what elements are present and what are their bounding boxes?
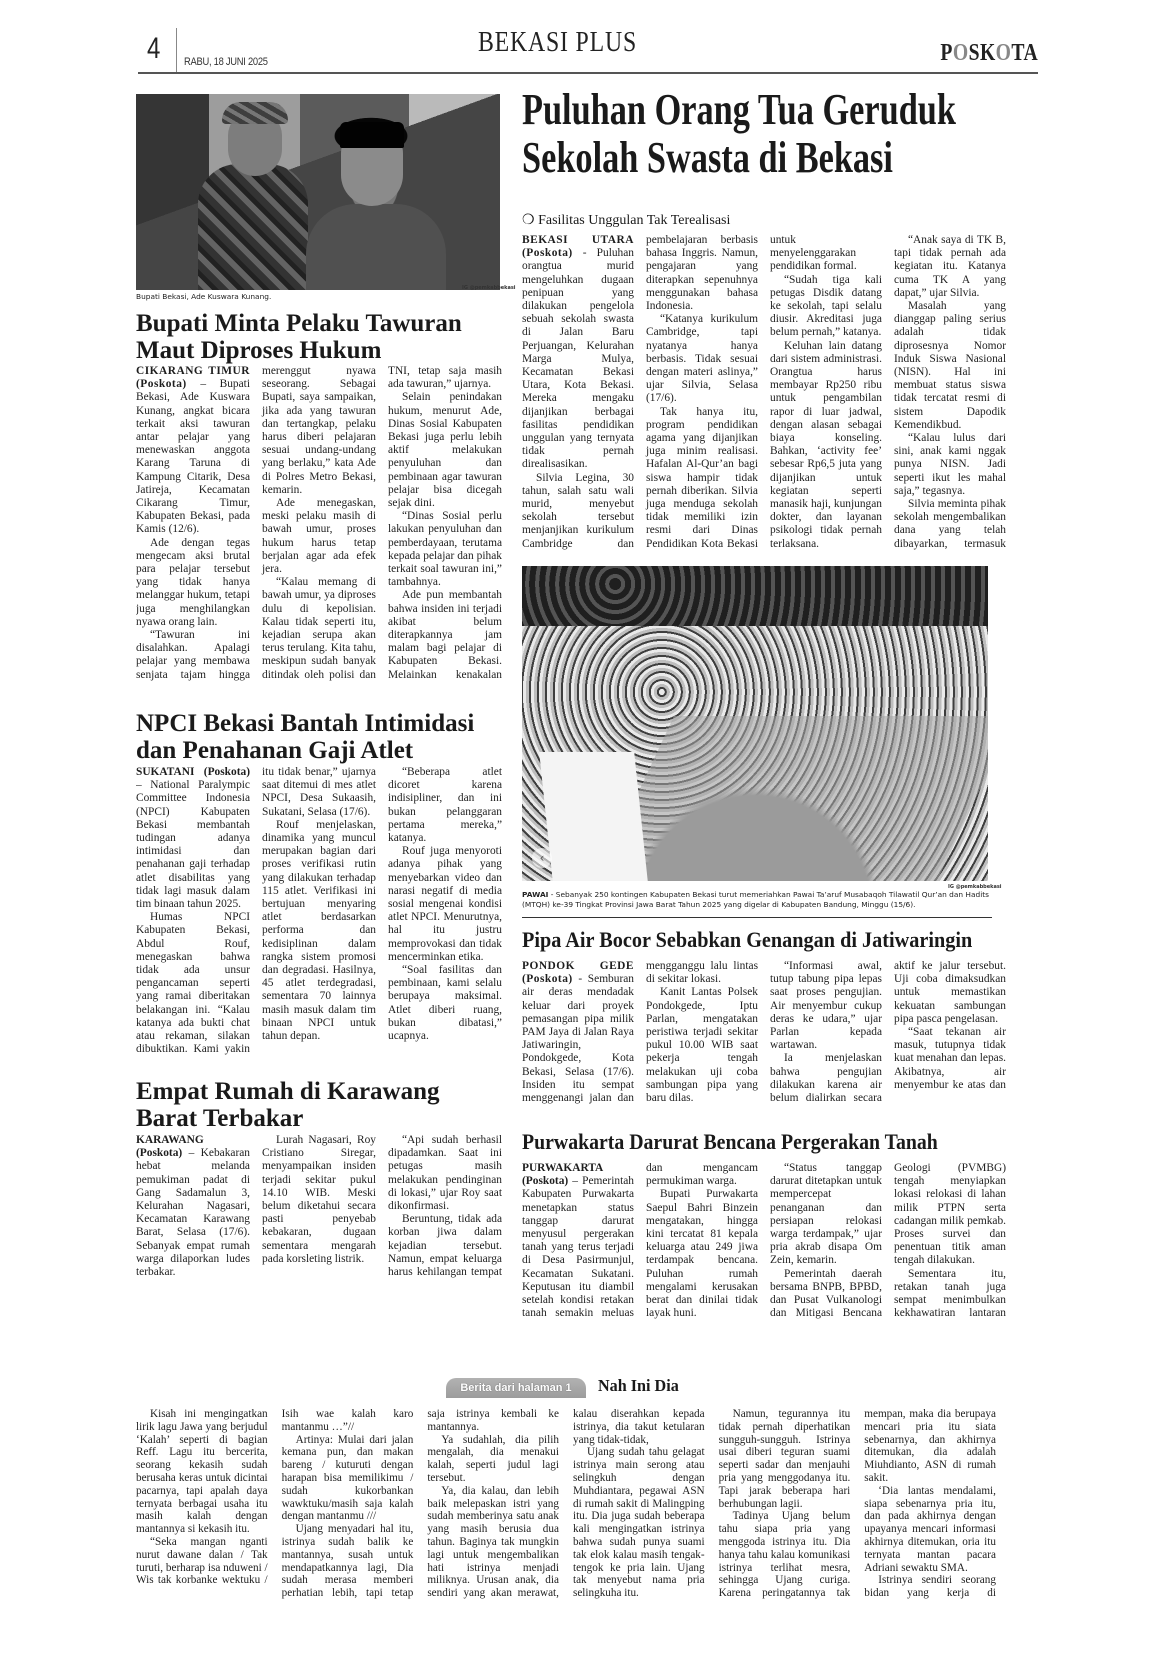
paragraph: “Soal fasilitas dan pembinaan, kami sela… xyxy=(388,964,502,1043)
chevron-left-icon[interactable]: ‹ xyxy=(532,848,552,868)
paragraph: Selain penindakan hukum, menurut Ade, Di… xyxy=(388,391,502,510)
page-number: 4 xyxy=(147,32,160,66)
paragraph: Rouf menjelaskan, dinamika yang muncul m… xyxy=(262,819,376,1043)
paragraph: Keluhan lain datang dari sistem administ… xyxy=(770,340,882,551)
brand-logo: POSKOTA xyxy=(940,40,1038,67)
photo-banner xyxy=(539,752,648,881)
lead-headline: Puluhan Orang Tua Geruduk Sekolah Swasta… xyxy=(522,86,889,182)
photo-caption: PAWAI - Sebanyak 250 kontingen Kabupaten… xyxy=(522,890,992,910)
photo-road xyxy=(590,716,988,881)
paragraph: Ade dengan tegas mengecam aksi brutal pa… xyxy=(136,537,250,629)
paragraph: Rouf juga menyoroti adanya pihak yang me… xyxy=(388,845,502,964)
section-title: BEKASI PLUS xyxy=(478,26,637,59)
pawai-photo: ‹ xyxy=(522,566,988,881)
continued-headline: Nah Ini Dia xyxy=(598,1376,679,1396)
article-body: PURWAKARTA (Poskota) – Pemerintah Kabupa… xyxy=(522,1162,1006,1326)
photo-credit: IG @pemkabbekasi xyxy=(462,285,516,291)
paragraph: “Sudah tiga kali petugas Disdik datang k… xyxy=(770,274,882,340)
bupati-photo xyxy=(136,94,500,290)
article-headline: Empat Rumah di Karawang Barat Terbakar xyxy=(136,1078,506,1132)
subheadline-text: Fasilitas Unggulan Tak Terealisasi xyxy=(538,213,730,228)
paragraph-text: – National Paralympic Committee Indonesi… xyxy=(136,779,250,910)
paragraph-text: - Puluhan orangtua murid mengeluhkan dug… xyxy=(522,247,634,470)
article-columns: PURWAKARTA (Poskota) – Pemerintah Kabupa… xyxy=(522,1162,1006,1326)
masthead-rule xyxy=(138,72,1038,74)
paragraph: BEKASI UTARA (Poskota) - Puluhan orangtu… xyxy=(522,234,634,472)
photo-figure xyxy=(306,204,446,290)
paragraph: Ujang sudah tahu gelagat istrinya main s… xyxy=(573,1446,705,1600)
paragraph: “Beberapa atlet dicoret karena indisipli… xyxy=(388,766,502,845)
brand-letter: SK xyxy=(969,40,996,66)
article-headline: Bupati Minta Pelaku Tawuran Maut Diprose… xyxy=(136,310,506,364)
article-body: KARAWANG (Poskota) – Kebakaran hebat mel… xyxy=(136,1134,502,1288)
paragraph: Masalah yang dianggap paling serius adal… xyxy=(894,300,1006,432)
paragraph-text: – Bupati Bekasi, Ade Kuswara Kunang, ang… xyxy=(136,378,250,535)
issue-date: RABU, 18 JUNI 2025 xyxy=(184,56,268,68)
photo-trees xyxy=(522,566,988,626)
article-columns: SUKATANI (Poskota) – National Paralympic… xyxy=(136,766,502,1066)
article-headline: NPCI Bekasi Bantah Intimidasi dan Penaha… xyxy=(136,710,506,764)
article-body: SUKATANI (Poskota) – National Paralympic… xyxy=(136,766,502,1066)
paragraph: KARAWANG (Poskota) – Kebakaran hebat mel… xyxy=(136,1134,250,1279)
photo-figure xyxy=(340,122,404,148)
dateline: SUKATANI (Poskota) xyxy=(136,766,250,778)
paragraph: Ya sudahlah, dia pilih mengalah, dia men… xyxy=(427,1434,559,1485)
brand-letter: TA xyxy=(1011,40,1038,66)
article-columns: Kisah ini mengingatkan lirik lagu Jawa y… xyxy=(136,1408,996,1608)
article-headline: Pipa Air Bocor Sebabkan Genangan di Jati… xyxy=(522,928,964,952)
article-headline: Purwakarta Darurat Bencana Pergerakan Ta… xyxy=(522,1130,954,1154)
article-columns: CIKARANG TIMUR (Poskota) – Bupati Bekasi… xyxy=(136,365,502,685)
paragraph: Lurah Nagasari, Roy Cristiano Siregar, m… xyxy=(262,1134,376,1266)
paragraph: “Anak saya di TK B, tapi tidak pernah ad… xyxy=(894,234,1006,300)
continued-from-page-badge: Berita dari halaman 1 xyxy=(446,1378,586,1398)
paragraph: Artinya: Mulai dari jalan kemana pun, da… xyxy=(282,1434,414,1524)
masthead-divider xyxy=(176,28,177,74)
article-body: CIKARANG TIMUR (Poskota) – Bupati Bekasi… xyxy=(136,365,502,685)
lead-headline-text: Puluhan Orang Tua Geruduk Sekolah Swasta… xyxy=(522,86,982,182)
paragraph: “Kalau lulus dari sini, anak kami nggak … xyxy=(894,432,1006,498)
paragraph: Bupati Purwakarta Saepul Bahri Binzein m… xyxy=(646,1188,758,1320)
lead-article-body: BEKASI UTARA (Poskota) - Puluhan orangtu… xyxy=(522,234,1006,554)
paragraph: “Dinas Sosial perlu lakukan penyuluhan d… xyxy=(388,510,502,589)
photo-figure xyxy=(222,102,288,124)
article-columns: KARAWANG (Poskota) – Kebakaran hebat mel… xyxy=(136,1134,502,1288)
article-body: PONDOK GEDE (Poskota) - Semburan air der… xyxy=(522,960,1006,1116)
paragraph: “Api sudah berhasil dipadamkan. Saat ini… xyxy=(388,1134,502,1213)
continued-label: Berita dari halaman 1 xyxy=(446,1378,586,1398)
brand-letter: O xyxy=(953,40,969,66)
paragraph: “Informasi awal, tutup tabung pipa lepas… xyxy=(770,960,882,1052)
photo-figure xyxy=(198,164,308,290)
paragraph: Ade menegaskan, meski pelaku masih di ba… xyxy=(262,497,376,576)
bullet-icon: ❍ xyxy=(522,213,535,228)
paragraph: “Status tanggap darurat ditetapkan untuk… xyxy=(770,1162,882,1268)
continued-article-body: Kisah ini mengingatkan lirik lagu Jawa y… xyxy=(136,1408,996,1608)
masthead: 4 RABU, 18 JUNI 2025 BEKASI PLUS POSKOTA xyxy=(138,28,1038,74)
paragraph: Kanit Lantas Polsek Pondokgede, Iptu Par… xyxy=(646,986,758,1105)
caption-label: PAWAI xyxy=(522,890,548,899)
paragraph: “Katanya kurikulum Cambridge, tapi nyata… xyxy=(646,313,758,405)
article-columns: BEKASI UTARA (Poskota) - Puluhan orangtu… xyxy=(522,234,1006,554)
brand-letter: P xyxy=(940,40,952,66)
photo-caption: Bupati Bekasi, Ade Kuswara Kunang. xyxy=(136,292,271,302)
brand-letter: O xyxy=(996,40,1012,66)
paragraph: SUKATANI (Poskota) – National Paralympic… xyxy=(136,766,250,911)
article-columns: PONDOK GEDE (Poskota) - Semburan air der… xyxy=(522,960,1006,1116)
subheadline: ❍ Fasilitas Unggulan Tak Terealisasi xyxy=(522,212,730,229)
paragraph: Kisah ini mengingatkan lirik lagu Jawa y… xyxy=(136,1408,268,1536)
paragraph-text: – Kebakaran hebat melanda pemukiman pada… xyxy=(136,1147,250,1278)
paragraph: Namun, tegurannya itu tidak pernah diper… xyxy=(719,1408,851,1510)
divider xyxy=(522,917,992,918)
paragraph: ‘Dia lantas mendalami, siapa sebenarnya … xyxy=(864,1485,996,1575)
paragraph: CIKARANG TIMUR (Poskota) – Bupati Bekasi… xyxy=(136,365,250,537)
caption-text: - Sebanyak 250 kontingen Kabupaten Bekas… xyxy=(522,890,989,909)
